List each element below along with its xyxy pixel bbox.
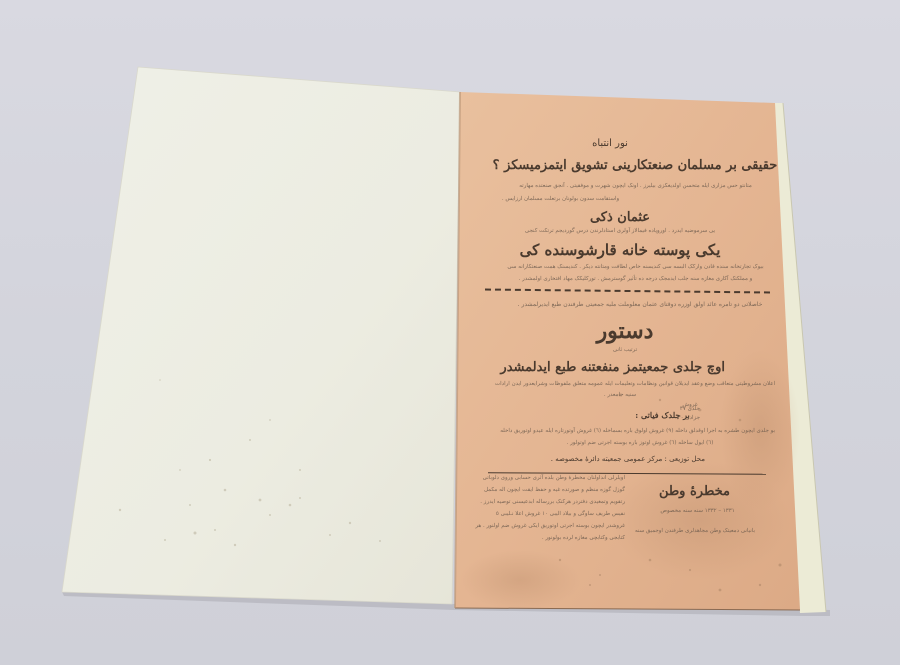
section-line: نفیس طریف ساوگی و بیلاد الیبی ١٠ غروش اع… [490,511,625,517]
name-heading: عثمان ذکی [570,210,670,225]
volumes-heading: اوچ جلدی جمعیتمز منفعتنه طبع ایدلمشدر [525,360,725,375]
notice-label: نور انتباه [560,138,660,149]
section-note: بانیانی دمعیتک وطن مجاهدلری طرفندن اوجمی… [630,528,760,534]
price-row: جزادی ٣٠ [660,415,700,421]
shop-line: و مملکتک آکاری مغازه سنه جلب ایدمجک درجه… [488,276,783,282]
volumes-line: سنیه جامعدر . [600,392,640,398]
price-row-value: ٣٧ [680,406,686,412]
shop-line: بیوک تجارتخانه سنده قادن وارکک البسه سی … [488,264,783,270]
section-line: کتابجی وکتابچی مغازه لرده بولونور . [540,535,625,541]
section-heading: مخطرهٔ وطن [660,484,730,499]
left-page [62,67,460,604]
section-years: ١٣٣١ – ١٣٣٢ سنه سنه مخصوص [660,508,735,514]
photo-scene: نور انتباه حقیقی بر مسلمان صنعتکارینی تش… [0,0,900,665]
section-line: اویلرلی انداولنان مخطرهٔ وطن بلده آثری ح… [490,475,625,481]
intro-line: متانتو حس مزاری ایله متحسن اولدیغکزی بیل… [488,183,783,189]
section-line: گوزل گوزه منظم و صورتده غیه و حفظ ایقت ا… [490,487,625,493]
title-dustur: دستور [580,318,670,344]
price-row-value: ٣٠ [678,415,684,421]
shop-heading: یکی پوسته خانه قارشوسنده کی [510,241,730,259]
intro-line: واستقامت سدون بولونان برتعلت مسلمان ارزا… [488,196,633,202]
price-row: جلدی ٣٧ [660,406,700,412]
shipping-line: (٦) ایول ساخله (٦) غروش اوتوز باره بوسته… [560,440,720,446]
price-row-label: جزادی [685,415,700,421]
shipping-line: بو جلدی ایچون طشره به اجرا اوقدلق داخله … [505,428,775,434]
price-row-label: جلدی [688,406,700,412]
volumes-line: اعلان مشروطیتی متعاقب وضع وعقد ایدیلان ق… [490,381,780,387]
notice-line: خاصلاتی دو تامره عائد اولق اوزره دوقتای … [510,301,770,308]
distribution-line: محل توزیعی : مرکز عمومی جمعیته دائرهٔ مخ… [565,455,705,463]
headline: حقیقی بر مسلمان صنعتکارینی تشویق ایتمزمی… [490,158,780,173]
title-subtitle: ترتیب ثانی [605,347,645,353]
booklet-pages [0,0,900,665]
section-line: غروشدر ایچون بوسته اجرتی اوتوریق ایکی غر… [490,523,625,529]
name-line: یی سرموضیه ایدرد . اوروپاده فیمالاز آولر… [520,228,720,234]
section-line: رتقویم وتمغیدی دفتردر هرکنک بررساله ابدع… [490,499,625,505]
